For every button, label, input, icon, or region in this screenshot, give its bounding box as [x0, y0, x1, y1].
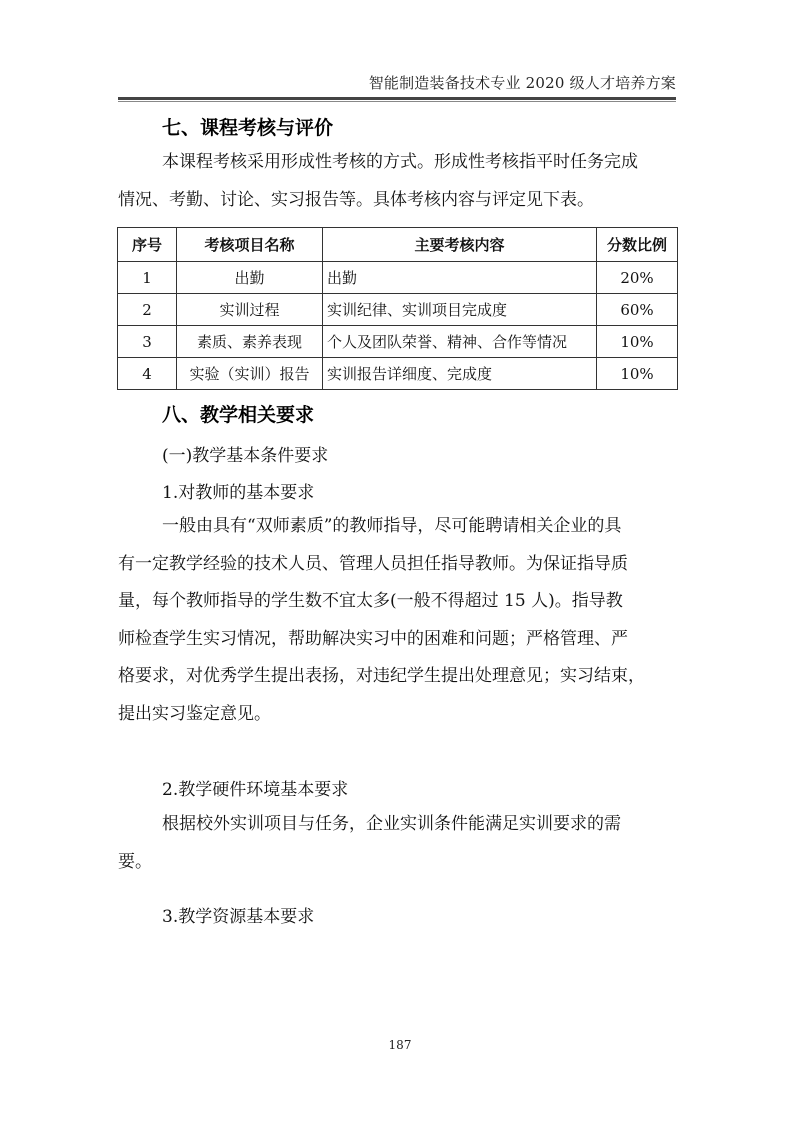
cell-ratio: 10% [597, 326, 678, 358]
section-8-heading: 八、教学相关要求 [162, 400, 314, 427]
cell-ratio: 20% [597, 262, 678, 294]
table-row: 4 实验（实训）报告 实训报告详细度、完成度 10% [118, 358, 678, 390]
cell-content: 实训报告详细度、完成度 [323, 358, 597, 390]
column-header-item-name: 考核项目名称 [177, 228, 323, 262]
item-1-heading: 1.对教师的基本要求 [162, 478, 314, 503]
paragraph-line: 格要求，对优秀学生提出表扬，对违纪学生提出处理意见；实习结束， [118, 658, 678, 696]
paragraph-line: 提出实习鉴定意见。 [118, 696, 678, 734]
cell-content: 实训纪律、实训项目完成度 [323, 294, 597, 326]
cell-index: 3 [118, 326, 177, 358]
paragraph-line: 要。 [118, 844, 678, 882]
item-1-paragraph: 一般由具有“双师素质”的教师指导，尽可能聘请相关企业的具 有一定教学经验的技术人… [118, 508, 678, 733]
cell-content: 个人及团队荣誉、精神、合作等情况 [323, 326, 597, 358]
assessment-table: 序号 考核项目名称 主要考核内容 分数比例 1 出勤 出勤 20% 2 实训过程… [117, 227, 678, 390]
cell-content: 出勤 [323, 262, 597, 294]
section-7-paragraph: 本课程考核采用形成性考核的方式。形成性考核指平时任务完成 情况、考勤、讨论、实习… [118, 144, 678, 219]
column-header-index: 序号 [118, 228, 177, 262]
cell-ratio: 60% [597, 294, 678, 326]
table-row: 2 实训过程 实训纪律、实训项目完成度 60% [118, 294, 678, 326]
subsection-heading: (一)教学基本条件要求 [162, 441, 328, 466]
table-header-row: 序号 考核项目名称 主要考核内容 分数比例 [118, 228, 678, 262]
paragraph-line: 师检查学生实习情况，帮助解决实习中的困难和问题；严格管理、严 [118, 621, 678, 659]
item-2-heading: 2.教学硬件环境基本要求 [162, 775, 348, 800]
paragraph-line: 本课程考核采用形成性考核的方式。形成性考核指平时任务完成 [118, 144, 678, 182]
item-2-paragraph: 根据校外实训项目与任务，企业实训条件能满足实训要求的需 要。 [118, 806, 678, 881]
table-row: 1 出勤 出勤 20% [118, 262, 678, 294]
column-header-ratio: 分数比例 [597, 228, 678, 262]
cell-index: 4 [118, 358, 177, 390]
paragraph-line: 有一定教学经验的技术人员、管理人员担任指导教师。为保证指导质 [118, 546, 678, 584]
table-row: 3 素质、素养表现 个人及团队荣誉、精神、合作等情况 10% [118, 326, 678, 358]
cell-item-name: 实训过程 [177, 294, 323, 326]
cell-item-name: 素质、素养表现 [177, 326, 323, 358]
cell-ratio: 10% [597, 358, 678, 390]
paragraph-line: 情况、考勤、讨论、实习报告等。具体考核内容与评定见下表。 [118, 182, 678, 220]
cell-item-name: 实验（实训）报告 [177, 358, 323, 390]
paragraph-line: 根据校外实训项目与任务，企业实训条件能满足实训要求的需 [118, 806, 678, 844]
paragraph-line: 一般由具有“双师素质”的教师指导，尽可能聘请相关企业的具 [118, 508, 678, 546]
header-rule-thin [118, 101, 676, 102]
cell-item-name: 出勤 [177, 262, 323, 294]
header-rule [118, 97, 676, 100]
item-3-heading: 3.教学资源基本要求 [162, 902, 314, 927]
cell-index: 2 [118, 294, 177, 326]
running-header-title: 智能制造装备技术专业 2020 级人才培养方案 [360, 72, 676, 93]
section-7-heading: 七、课程考核与评价 [162, 113, 333, 140]
column-header-content: 主要考核内容 [323, 228, 597, 262]
page-number: 187 [380, 1038, 420, 1052]
paragraph-line: 量，每个教师指导的学生数不宜太多(一般不得超过 15 人)。指导教 [118, 583, 678, 621]
cell-index: 1 [118, 262, 177, 294]
